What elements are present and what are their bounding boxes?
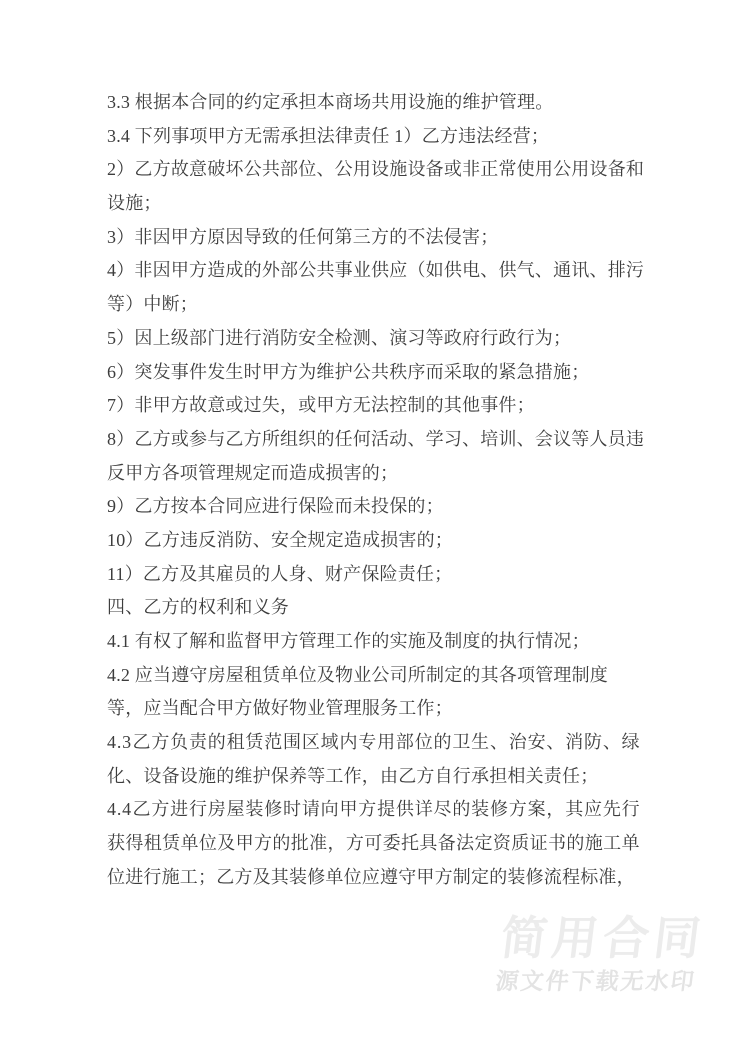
contract-line: 反甲方各项管理规定而造成损害的； [107, 457, 640, 491]
watermark-subtitle: 源文件下载无水印 [494, 969, 701, 993]
contract-line: 等，应当配合甲方做好物业管理服务工作； [107, 692, 640, 726]
contract-line: 3）非因甲方原因导致的任何第三方的不法侵害； [107, 221, 640, 255]
contract-text-block: 3.3 根据本合同的约定承担本商场共用设施的维护管理。3.4 下列事项甲方无需承… [107, 86, 640, 895]
contract-line: 11）乙方及其雇员的人身、财产保险责任； [107, 558, 640, 592]
contract-line: 获得租赁单位及甲方的批准，方可委托具备法定资质证书的施工单 [107, 827, 640, 861]
contract-line: 4.1 有权了解和监督甲方管理工作的实施及制度的执行情况； [107, 625, 640, 659]
contract-line: 8）乙方或参与乙方所组织的任何活动、学习、培训、会议等人员违 [107, 423, 640, 457]
watermark-title: 简用合同 [498, 914, 708, 962]
contract-line: 3.4 下列事项甲方无需承担法律责任 1）乙方违法经营； [107, 120, 640, 154]
contract-line: 5）因上级部门进行消防安全检测、演习等政府行政行为； [107, 322, 640, 356]
contract-line: 6）突发事件发生时甲方为维护公共秩序而采取的紧急措施； [107, 356, 640, 390]
contract-line: 4.2 应当遵守房屋租赁单位及物业公司所制定的其各项管理制度 [107, 659, 640, 693]
contract-line: 设施； [107, 187, 640, 221]
contract-line: 2）乙方故意破坏公共部位、公用设施设备或非正常使用公用设备和 [107, 153, 640, 187]
contract-line: 4.4 乙方进行房屋装修时请向甲方提供详尽的装修方案，其应先行 [107, 793, 640, 827]
contract-line: 9）乙方按本合同应进行保险而未投保的； [107, 490, 640, 524]
contract-document-page: 3.3 根据本合同的约定承担本商场共用设施的维护管理。3.4 下列事项甲方无需承… [0, 0, 742, 1049]
contract-line: 四、乙方的权利和义务 [107, 591, 640, 625]
contract-line: 4）非因甲方造成的外部公共事业供应（如供电、供气、通讯、排污 [107, 254, 640, 288]
contract-line: 4.3 乙方负责的租赁范围区域内专用部位的卫生、治安、消防、绿 [107, 726, 640, 760]
contract-line: 位进行施工；乙方及其装修单位应遵守甲方制定的装修流程标准， [107, 861, 640, 895]
watermark: 简用合同 源文件下载无水印 [494, 914, 708, 993]
contract-line: 7）非甲方故意或过失，或甲方无法控制的其他事件； [107, 389, 640, 423]
contract-line: 3.3 根据本合同的约定承担本商场共用设施的维护管理。 [107, 86, 640, 120]
contract-line: 10）乙方违反消防、安全规定造成损害的； [107, 524, 640, 558]
contract-line: 化、设备设施的维护保养等工作，由乙方自行承担相关责任； [107, 760, 640, 794]
contract-line: 等）中断； [107, 288, 640, 322]
